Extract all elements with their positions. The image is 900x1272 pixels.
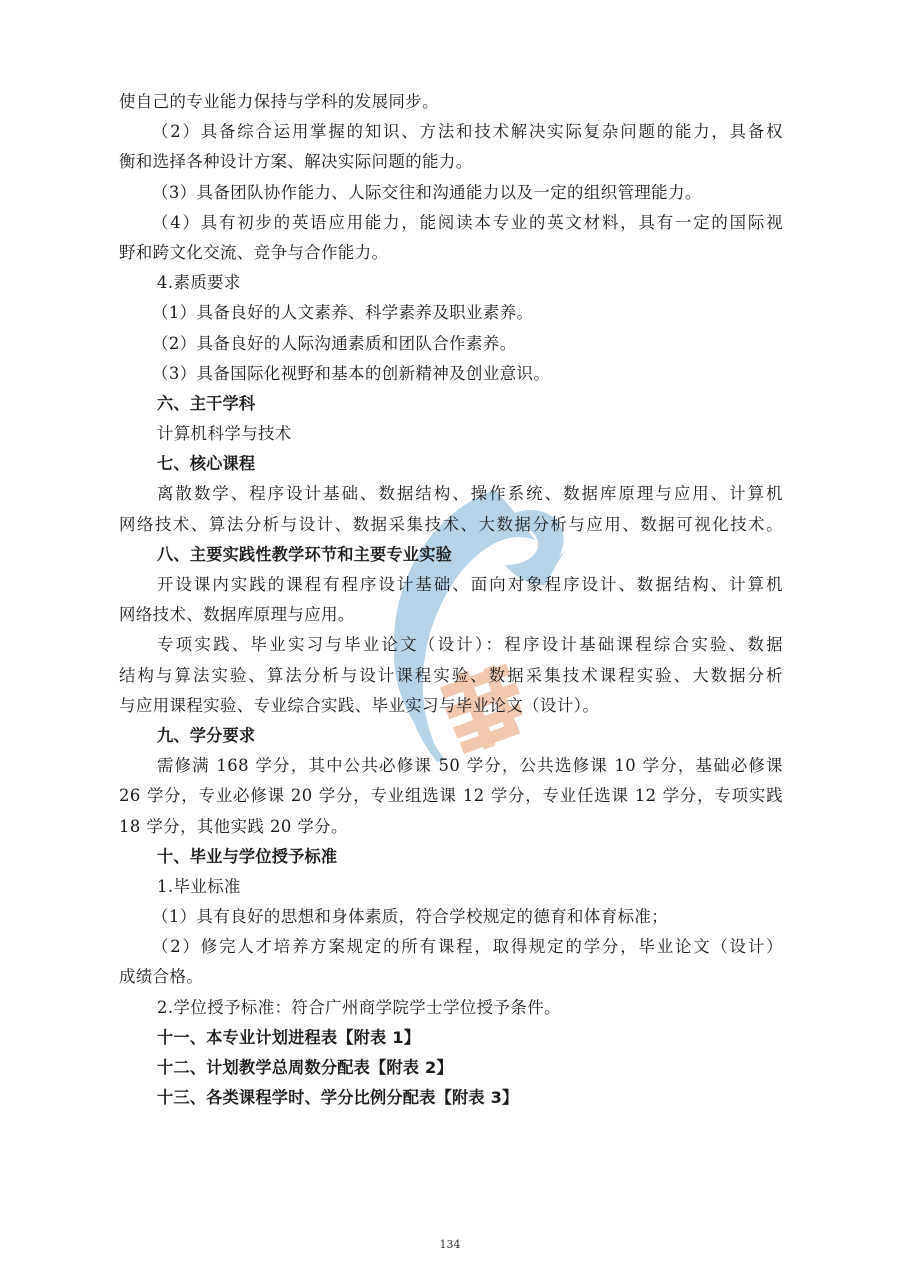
section-heading: 十、毕业与学位授予标准	[119, 842, 783, 872]
section-heading: 八、主要实践性教学环节和主要专业实验	[119, 540, 783, 570]
subsection-title: 4.素质要求	[119, 268, 783, 298]
text-line: （2）具备良好的人际沟通素质和团队合作素养。	[119, 329, 783, 359]
page-number: 134	[0, 1238, 900, 1251]
text-line: 专项实践、毕业实习与毕业论文（设计）：程序设计基础课程综合实验、数据	[119, 630, 783, 660]
text-line: 结构与算法实验、算法分析与设计课程实验、数据采集技术课程实验、大数据分析	[119, 661, 783, 691]
text-line: （2）具备综合运用掌握的知识、方法和技术解决实际复杂问题的能力，具备权	[119, 117, 783, 147]
text-line: 与应用课程实验、专业综合实践、毕业实习与毕业论文（设计）。	[119, 691, 783, 721]
text-line: 使自己的专业能力保持与学科的发展同步。	[119, 87, 783, 117]
text-line: 18 学分，其他实践 20 学分。	[119, 812, 783, 842]
text-line: 离散数学、程序设计基础、数据结构、操作系统、数据库原理与应用、计算机	[119, 479, 783, 509]
text-line: 计算机科学与技术	[119, 419, 783, 449]
text-line: 开设课内实践的课程有程序设计基础、面向对象程序设计、数据结构、计算机	[119, 570, 783, 600]
section-heading: 七、核心课程	[119, 449, 783, 479]
text-line: 26 学分，专业必修课 20 学分，专业组选课 12 学分，专业任选课 12 学…	[119, 781, 783, 811]
section-heading: 十二、计划教学总周数分配表【附表 2】	[119, 1053, 783, 1083]
text-line: 2.学位授予标准：符合广州商学院学士学位授予条件。	[119, 993, 783, 1023]
text-line: （1）具有良好的思想和身体素质，符合学校规定的德育和体育标准；	[119, 902, 783, 932]
section-heading: 九、学分要求	[119, 721, 783, 751]
section-heading: 十三、各类课程学时、学分比例分配表【附表 3】	[119, 1083, 783, 1113]
document-body: 使自己的专业能力保持与学科的发展同步。 （2）具备综合运用掌握的知识、方法和技术…	[119, 87, 783, 1113]
text-line: 网络技术、数据库原理与应用。	[119, 600, 783, 630]
text-line: 成绩合格。	[119, 962, 783, 992]
text-line: 野和跨文化交流、竞争与合作能力。	[119, 238, 783, 268]
text-line: （2）修完人才培养方案规定的所有课程，取得规定的学分，毕业论文（设计）	[119, 932, 783, 962]
text-line: 衡和选择各种设计方案、解决实际问题的能力。	[119, 147, 783, 177]
text-line: （3）具备团队协作能力、人际交往和沟通能力以及一定的组织管理能力。	[119, 178, 783, 208]
text-line: （4）具有初步的英语应用能力，能阅读本专业的英文材料，具有一定的国际视	[119, 208, 783, 238]
document-page: 使自己的专业能力保持与学科的发展同步。 （2）具备综合运用掌握的知识、方法和技术…	[0, 0, 900, 1272]
section-heading: 十一、本专业计划进程表【附表 1】	[119, 1023, 783, 1053]
text-line: （1）具备良好的人文素养、科学素养及职业素养。	[119, 298, 783, 328]
subsection-title: 1.毕业标准	[119, 872, 783, 902]
text-line: （3）具备国际化视野和基本的创新精神及创业意识。	[119, 359, 783, 389]
text-line: 网络技术、算法分析与设计、数据采集技术、大数据分析与应用、数据可视化技术。	[119, 510, 783, 540]
section-heading: 六、主干学科	[119, 389, 783, 419]
text-line: 需修满 168 学分，其中公共必修课 50 学分，公共选修课 10 学分，基础必…	[119, 751, 783, 781]
